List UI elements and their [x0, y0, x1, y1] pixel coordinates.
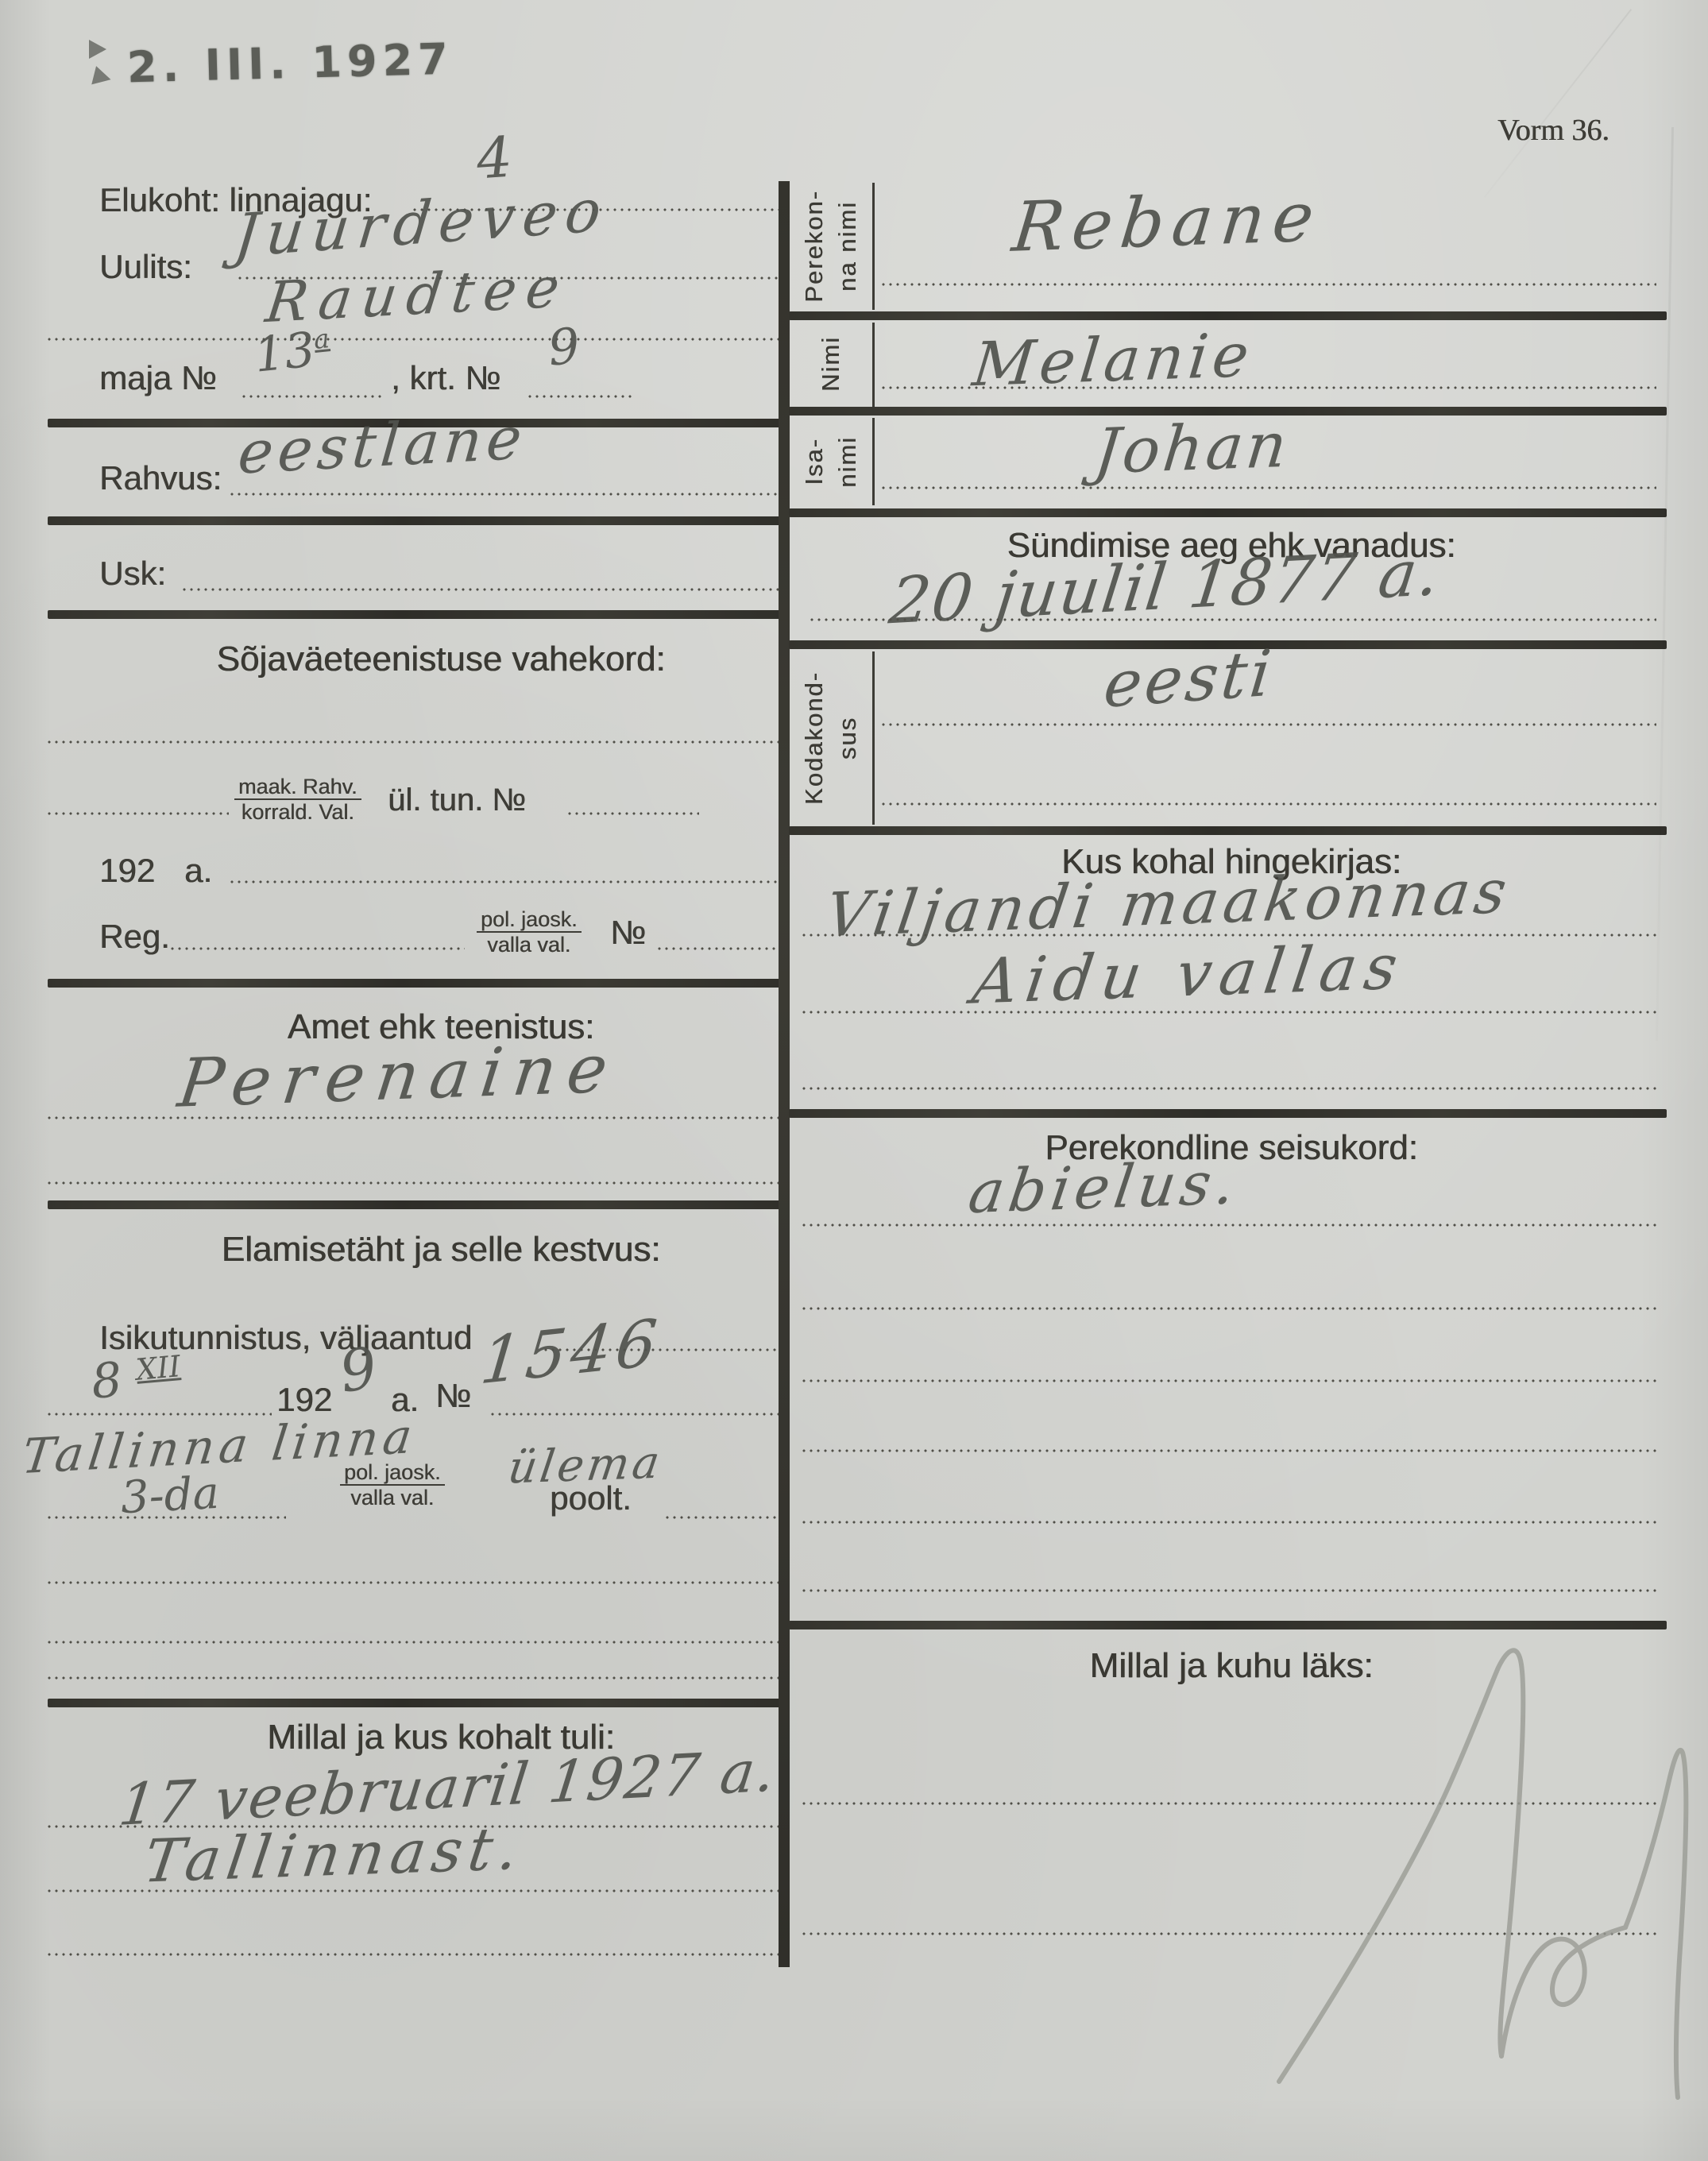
dotted-line — [810, 618, 1656, 621]
dotted-line — [802, 1224, 1656, 1227]
divider — [48, 516, 783, 525]
dotted-line — [802, 1011, 1656, 1014]
dotted-line — [802, 1087, 1656, 1090]
dotted-line — [882, 723, 1656, 726]
father-name-label: Isa- nimi — [793, 419, 869, 504]
divider — [789, 826, 1667, 835]
dotted-line — [882, 386, 1656, 389]
pol-valla-fraction: pol. jaosk. valla val. — [477, 907, 582, 957]
divider — [789, 311, 1667, 320]
apartment-label: , krt. № — [391, 359, 500, 397]
house-no-value: 13a — [252, 320, 334, 384]
form-number: Vorm 36. — [1497, 113, 1609, 148]
divider — [48, 1699, 783, 1707]
issue-no-value: 1546 — [477, 1305, 665, 1398]
issue-day-value: 8 XII — [89, 1347, 184, 1410]
dotted-line — [171, 947, 465, 950]
district-value: 4 — [474, 125, 514, 192]
house-no-label: maja № — [99, 359, 217, 397]
dotted-line — [491, 1413, 783, 1416]
registration-card-scan: 2. III. 1927 Vorm 36. Elukoht: linnajagu… — [0, 0, 1708, 2161]
dotted-line — [658, 947, 783, 950]
dotted-line — [882, 283, 1656, 286]
divider — [48, 979, 783, 988]
year-prefix: 192 — [99, 852, 155, 890]
apartment-value: 9 — [546, 316, 582, 377]
reg-no-label: № — [610, 914, 646, 952]
dotted-line — [48, 1181, 783, 1185]
paper-crease — [1484, 9, 1632, 198]
dotted-line — [48, 1116, 783, 1119]
dotted-line — [48, 812, 229, 815]
surname-value: Rebane — [1009, 177, 1326, 268]
label-separator — [872, 651, 875, 825]
religion-label: Usk: — [99, 555, 166, 593]
divider — [789, 1109, 1667, 1118]
dotted-line — [183, 588, 783, 591]
father-name-value: Johan — [1091, 410, 1293, 489]
date-stamp: 2. III. 1927 — [126, 34, 454, 93]
citizenship-label: Kodakond- sus — [793, 653, 869, 823]
stamp-triangle-icon — [91, 66, 113, 89]
citizenship-value: eesti — [1100, 636, 1277, 722]
dotted-line — [48, 1413, 272, 1416]
first-name-label: Nimi — [793, 324, 869, 404]
dotted-line — [48, 1516, 286, 1519]
dotted-line — [802, 934, 1656, 937]
military-service-heading: Sõjaväeteenistuse vahekord: — [99, 640, 783, 679]
dotted-line — [882, 486, 1656, 489]
dotted-line — [882, 802, 1656, 806]
label-separator — [872, 183, 875, 310]
dotted-line — [48, 1889, 783, 1892]
poolt-label: poolt. — [550, 1479, 632, 1517]
dotted-line — [48, 1953, 783, 1956]
dotted-line — [568, 812, 699, 815]
certificate-no-label: ül. tun. № — [388, 783, 526, 818]
maak-korrald-fraction: maak. Rahv. korrald. Val. — [234, 775, 361, 824]
dotted-line — [48, 740, 783, 744]
divider — [48, 610, 783, 619]
dotted-line — [802, 1307, 1656, 1310]
pencil-signature — [1235, 1625, 1704, 2133]
dotted-line — [48, 338, 783, 341]
pol-valla-fraction: pol. jaosk. valla val. — [340, 1460, 445, 1510]
dotted-line — [48, 1676, 783, 1680]
dotted-line — [802, 1379, 1656, 1382]
center-divider — [779, 181, 790, 1967]
dotted-line — [666, 1516, 783, 1519]
reg-label: Reg. — [99, 918, 170, 956]
dotted-line — [802, 1449, 1656, 1452]
label-separator — [872, 418, 875, 505]
divider — [48, 1200, 783, 1209]
street-label: Uulits: — [99, 248, 192, 286]
stamp-triangle-icon — [89, 40, 106, 59]
dotted-line — [802, 1521, 1656, 1524]
dotted-line — [48, 1581, 783, 1584]
dotted-line — [802, 1589, 1656, 1592]
issue-no-label: № — [435, 1377, 471, 1415]
year-suffix: a. — [184, 852, 212, 890]
label-separator — [872, 323, 875, 407]
arrival-value-line2: Tallinnast. — [140, 1814, 528, 1896]
dotted-line — [230, 493, 783, 496]
paper-crease — [1656, 127, 1674, 1041]
registry-value-line2: Aidu vallas — [968, 931, 1410, 1018]
marital-status-value: abielus. — [964, 1149, 1244, 1227]
surname-label: Perekon- na nimi — [793, 184, 869, 308]
dotted-line — [230, 880, 783, 883]
nationality-label: Rahvus: — [99, 459, 222, 497]
dotted-line — [48, 1641, 783, 1644]
dotted-line — [242, 395, 381, 398]
divider — [789, 508, 1667, 517]
occupation-value: Perenaine — [174, 1029, 623, 1123]
nationality-value: eestlane — [235, 404, 529, 487]
residence-permit-heading: Elamisetäht ja selle kestvus: — [99, 1230, 783, 1270]
stamp-mark-icon — [89, 40, 106, 94]
dotted-line — [528, 395, 632, 398]
